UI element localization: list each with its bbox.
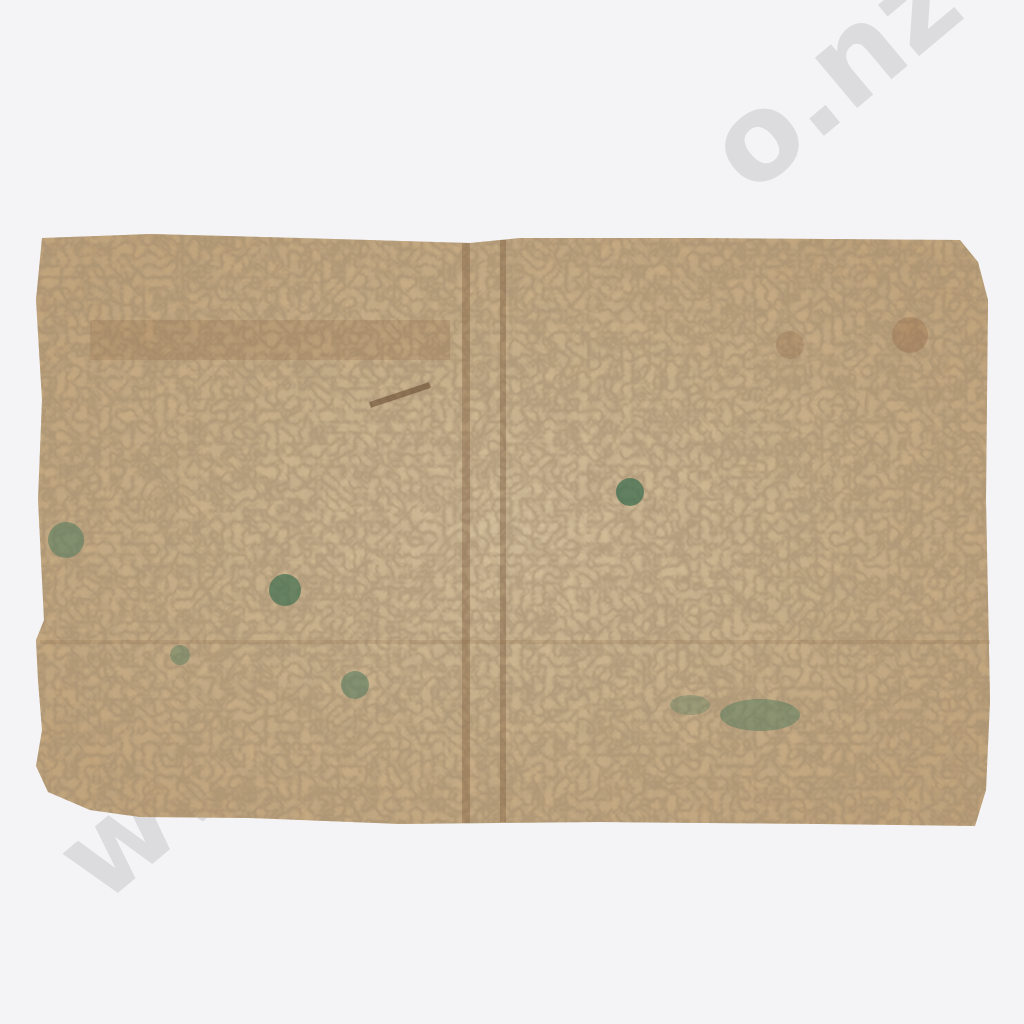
banknote [0, 0, 1024, 1024]
